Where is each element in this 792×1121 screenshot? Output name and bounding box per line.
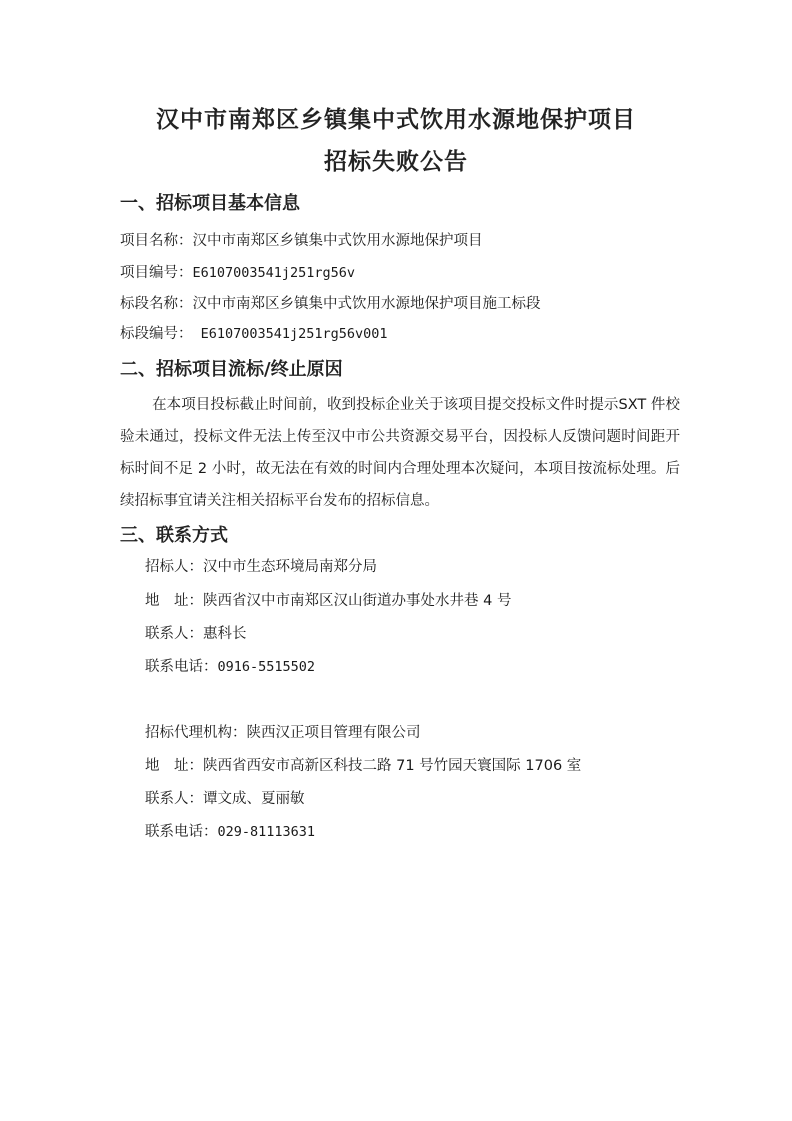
project-name-label: 项目名称： [120,233,193,249]
document-title-line1: 汉中市南郑区乡镇集中式饮用水源地保护项目 [0,101,792,134]
section2-heading: 二、招标项目流标/终止原因 [120,355,343,381]
agency-address-label: 地 址： [145,758,203,774]
tenderer-phone-value: 0916-5515502 [218,659,316,675]
tenderer-address-value: 陕西省汉中市南郑区汉山街道办事处水井巷 4 号 [203,593,511,609]
agency-label: 招标代理机构： [145,725,247,741]
section1-heading: 一、招标项目基本信息 [120,189,300,215]
project-name-row: 项目名称：汉中市南郑区乡镇集中式饮用水源地保护项目 [120,229,483,250]
agency-contact-value: 谭文成、夏丽敏 [203,791,305,807]
project-number-row: 项目编号：E6107003541j251rg56v [120,261,355,282]
lot-name-label: 标段名称： [120,296,193,312]
tenderer-phone-label: 联系电话： [145,659,218,675]
agency-row: 招标代理机构：陕西汉正项目管理有限公司 [145,721,421,742]
agency-phone-row: 联系电话：029-81113631 [145,820,315,841]
document-title-line2: 招标失败公告 [0,143,792,176]
agency-phone-value: 029-81113631 [218,824,316,840]
tenderer-address-label: 地 址： [145,593,203,609]
agency-phone-label: 联系电话： [145,824,218,840]
lot-name-value: 汉中市南郑区乡镇集中式饮用水源地保护项目施工标段 [193,296,541,312]
project-number-label: 项目编号： [120,265,193,281]
project-number-value: E6107003541j251rg56v [193,265,356,281]
document-page: 汉中市南郑区乡镇集中式饮用水源地保护项目 招标失败公告 一、招标项目基本信息 项… [0,0,792,1121]
lot-name-row: 标段名称：汉中市南郑区乡镇集中式饮用水源地保护项目施工标段 [120,292,541,313]
lot-number-value: E6107003541j251rg56v001 [193,326,388,342]
failure-reason-paragraph: 在本项目投标截止时间前，收到投标企业关于该项目提交投标文件时提示SXT 件校验未… [120,389,680,517]
section3-heading: 三、联系方式 [120,521,228,547]
lot-number-label: 标段编号： [120,326,193,342]
agency-address-row: 地 址：陕西省西安市高新区科技二路 71 号竹园天寰国际 1706 室 [145,754,581,775]
agency-address-value: 陕西省西安市高新区科技二路 71 号竹园天寰国际 1706 室 [203,758,581,774]
tenderer-contact-label: 联系人： [145,626,203,642]
failure-reason-text: 在本项目投标截止时间前，收到投标企业关于该项目提交投标文件时提示SXT 件校验未… [120,397,680,509]
tenderer-phone-row: 联系电话：0916-5515502 [145,655,315,676]
tenderer-address-row: 地 址：陕西省汉中市南郑区汉山街道办事处水井巷 4 号 [145,589,511,610]
tenderer-row: 招标人：汉中市生态环境局南郑分局 [145,555,377,576]
agency-contact-label: 联系人： [145,791,203,807]
agency-contact-row: 联系人：谭文成、夏丽敏 [145,787,305,808]
lot-number-row: 标段编号： E6107003541j251rg56v001 [120,322,388,343]
tenderer-label: 招标人： [145,559,203,575]
project-name-value: 汉中市南郑区乡镇集中式饮用水源地保护项目 [193,233,483,249]
agency-value: 陕西汉正项目管理有限公司 [247,725,421,741]
tenderer-value: 汉中市生态环境局南郑分局 [203,559,377,575]
tenderer-contact-value: 惠科长 [203,626,247,642]
tenderer-contact-row: 联系人：惠科长 [145,622,247,643]
